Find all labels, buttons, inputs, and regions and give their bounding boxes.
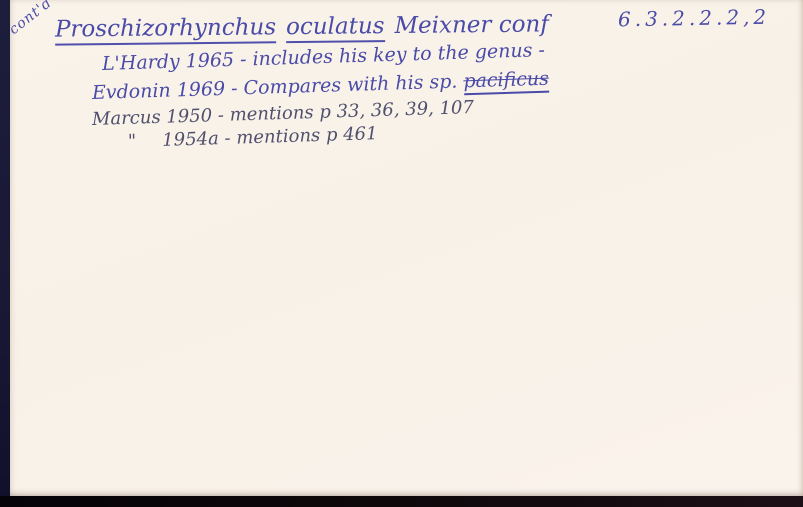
- catalog-number: 6.3.2.2.2,2: [618, 5, 771, 32]
- species-title-line: ProschizorhynchusoculatusMeixner conf: [55, 11, 549, 42]
- corner-annotation: cont'd: [6, 0, 55, 38]
- species-name: oculatus: [286, 13, 385, 43]
- ditto-mark: ": [128, 131, 137, 152]
- struck-species-name: pacificus: [463, 68, 549, 96]
- backdrop-bottom-edge: [0, 496, 803, 507]
- backdrop-left-edge: [0, 0, 10, 507]
- authority-name: Meixner conf: [394, 11, 549, 39]
- reference-1954a-text: 1954a - mentions p 461: [162, 123, 378, 151]
- genus-name: Proschizorhynchus: [55, 14, 276, 45]
- scanned-photo: cont'd ProschizorhynchusoculatusMeixner …: [0, 0, 803, 507]
- index-card: cont'd ProschizorhynchusoculatusMeixner …: [10, 0, 803, 496]
